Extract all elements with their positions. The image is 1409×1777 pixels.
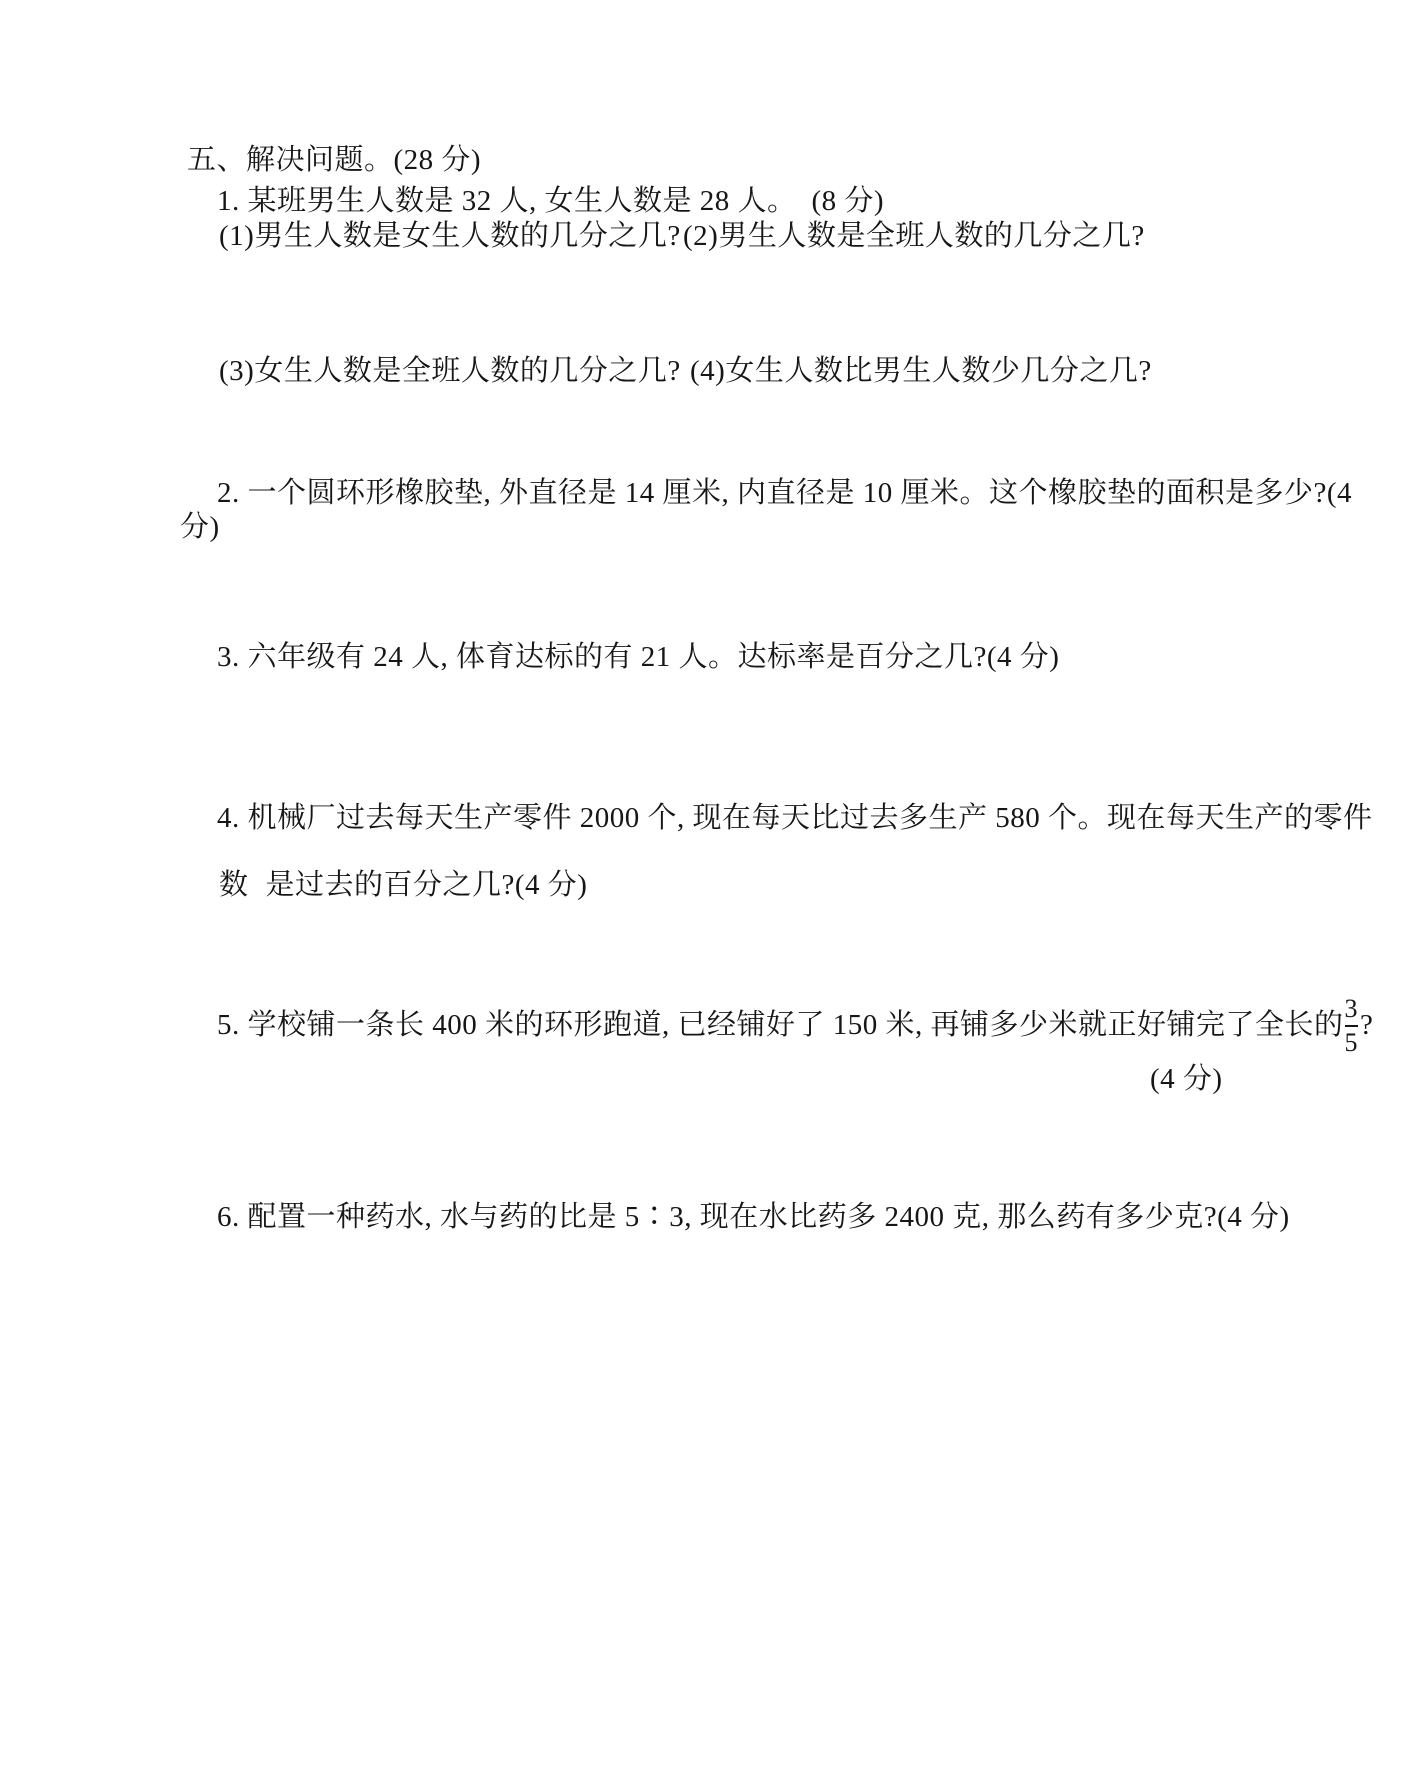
test-paper-page: 五、解决问题。(28 分) 1. 某班男生人数是 32 人, 女生人数是 28 … [0, 0, 1409, 1777]
question-6-stem: 6. 配置一种药水, 水与药的比是 5∶3, 现在水比药多 2400 克, 那么… [217, 1201, 1290, 1234]
question-3-stem: 3. 六年级有 24 人, 体育达标的有 21 人。达标率是百分之几?(4 分) [217, 641, 1059, 674]
question-5-question-mark: ? [1360, 1009, 1373, 1042]
question-5-text: 5. 学校铺一条长 400 米的环形跑道, 已经铺好了 150 米, 再铺多少米… [217, 1009, 1344, 1042]
fraction-three-fifths: 35 [1345, 996, 1359, 1056]
question-1-sub-1: (1)男生人数是女生人数的几分之几? [219, 220, 681, 253]
question-1-sub-3: (3)女生人数是全班人数的几分之几? [219, 355, 681, 388]
fraction-numerator: 3 [1345, 996, 1359, 1022]
fraction-denominator: 5 [1345, 1025, 1359, 1056]
question-1-stem: 1. 某班男生人数是 32 人, 女生人数是 28 人。 (8 分) [217, 185, 884, 218]
question-1-sub-2: (2)男生人数是全班人数的几分之几? [683, 220, 1145, 253]
question-2-stem-line-1: 2. 一个圆环形橡胶垫, 外直径是 14 厘米, 内直径是 10 厘米。这个橡胶… [217, 477, 1352, 510]
question-2-stem-line-2: 分) [180, 511, 220, 544]
question-5-score: (4 分) [1150, 1063, 1223, 1096]
section-heading: 五、解决问题。(28 分) [187, 144, 481, 177]
question-4-stem-line-2: 数是过去的百分之几?(4 分) [188, 836, 587, 936]
question-4-margin-char: 数 [219, 869, 249, 901]
question-1-sub-4: (4)女生人数比男生人数少几分之几? [690, 355, 1152, 388]
question-4-stem-line-1: 4. 机械厂过去每天生产零件 2000 个, 现在每天比过去多生产 580 个。… [217, 802, 1373, 835]
question-5-stem: 5. 学校铺一条长 400 米的环形跑道, 已经铺好了 150 米, 再铺多少米… [217, 996, 1373, 1056]
question-4-line-2-text: 是过去的百分之几?(4 分) [266, 869, 588, 901]
